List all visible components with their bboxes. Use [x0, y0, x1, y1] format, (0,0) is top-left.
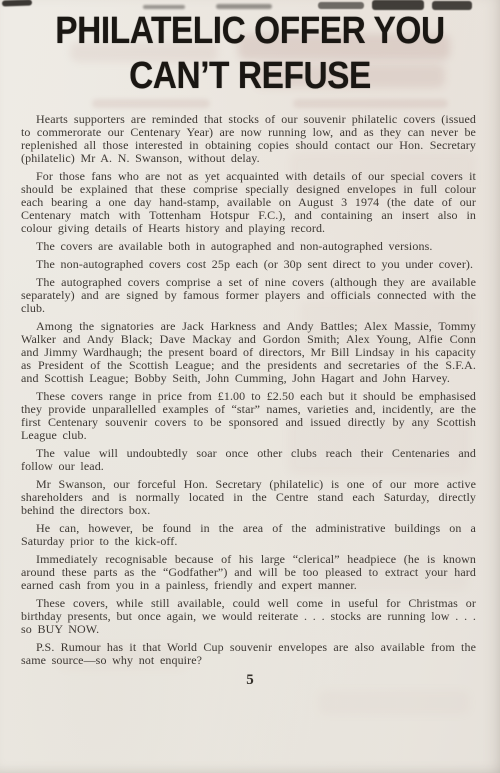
page-number: 5	[0, 672, 500, 689]
paragraph: He can, however, be found in the area of…	[21, 522, 476, 548]
paragraph: For those fans who are not as yet acquai…	[21, 170, 476, 235]
programme-page: PHILATELIC OFFER YOU CAN’T REFUSE Hearts…	[0, 0, 500, 773]
paragraph: The non-autographed covers cost 25p each…	[21, 258, 476, 271]
paragraph: These covers, while still available, cou…	[21, 597, 476, 636]
paragraph: Hearts supporters are reminded that stoc…	[21, 113, 476, 165]
showthrough-mark	[318, 690, 470, 715]
page-title: PHILATELIC OFFER YOU CAN’T REFUSE	[30, 0, 470, 99]
article-body: Hearts supporters are reminded that stoc…	[21, 113, 476, 667]
showthrough-mark	[293, 99, 448, 108]
showthrough-mark	[92, 99, 210, 108]
print-smudge	[2, 0, 32, 7]
page-title-line1: PHILATELIC OFFER YOU	[55, 10, 444, 52]
paragraph: P.S. Rumour has it that World Cup souven…	[21, 641, 476, 667]
paragraph: Mr Swanson, our forceful Hon. Secretary …	[21, 478, 476, 517]
paragraph: Immediately recognisable because of his …	[21, 553, 476, 592]
paragraph: The covers are available both in autogra…	[21, 240, 476, 253]
paragraph: The autographed covers comprise a set of…	[21, 276, 476, 315]
paragraph: The value will undoubtedly soar once oth…	[21, 447, 476, 473]
paragraph: Among the signatories are Jack Harkness …	[21, 320, 476, 385]
page-title-line2: CAN’T REFUSE	[129, 55, 371, 97]
paragraph: These covers range in price from £1.00 t…	[21, 390, 476, 442]
